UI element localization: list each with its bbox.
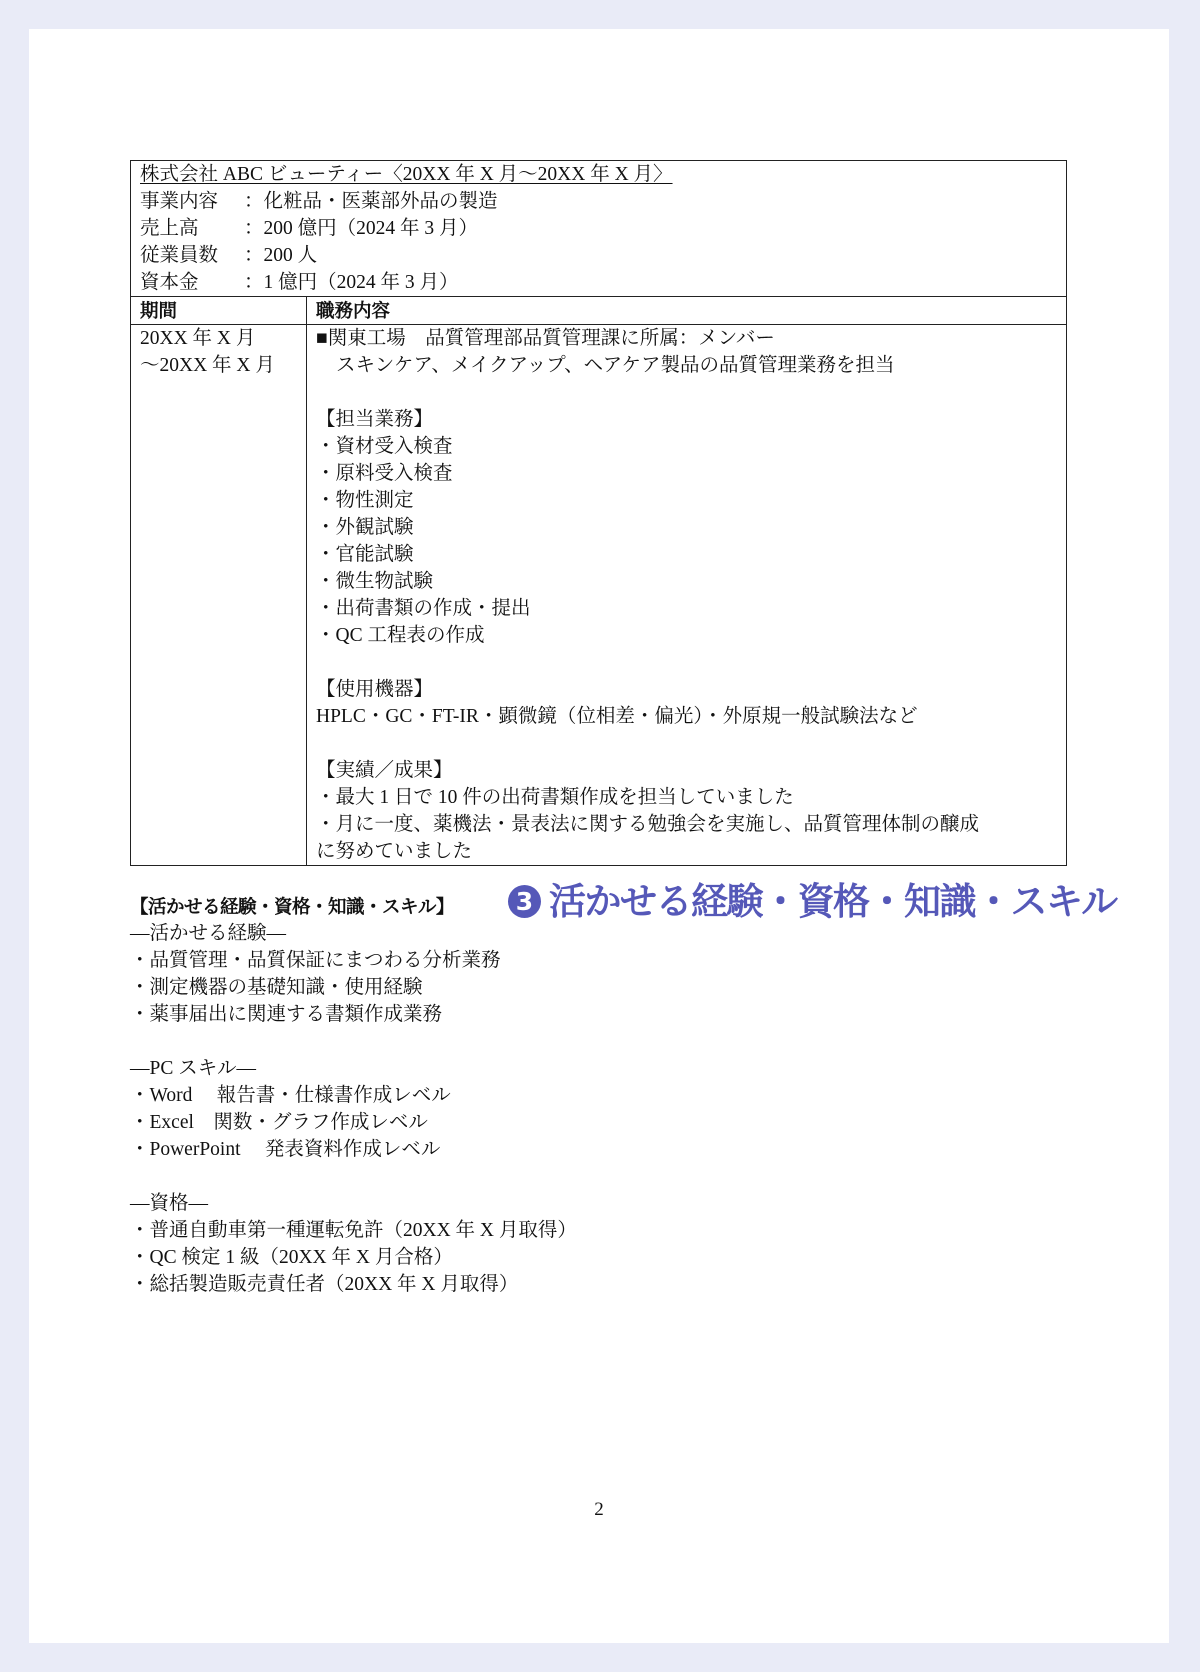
spacer: [316, 730, 1057, 757]
company-cell: 株式会社 ABC ビューティー〈20XX 年 X 月～20XX 年 X 月〉 事…: [131, 161, 1067, 297]
company-info-sales: 売上高 ：200 億円（2024 年 3 月）: [140, 215, 1057, 242]
company-info-capital: 資本金 ：1 億円（2024 年 3 月）: [140, 269, 1057, 296]
skills-title-row: 【活かせる経験・資格・知識・スキル】 3 活かせる経験・資格・知識・スキル: [130, 893, 1067, 920]
skills-section: 【活かせる経験・資格・知識・スキル】 3 活かせる経験・資格・知識・スキル —活…: [130, 893, 1067, 1298]
list-item: ・物性測定: [316, 487, 1057, 514]
period-cell: 20XX 年 X 月 ～20XX 年 X 月: [131, 325, 307, 866]
tasks-heading: 【担当業務】: [316, 406, 1057, 433]
list-item: ・Word 報告書・仕様書作成レベル: [130, 1082, 1067, 1109]
info-value: ：200 億円（2024 年 3 月）: [244, 215, 478, 242]
list-item: ・薬事届出に関連する書類作成業務: [130, 1001, 1067, 1028]
page-content: 株式会社 ABC ビューティー〈20XX 年 X 月～20XX 年 X 月〉 事…: [130, 160, 1067, 1298]
company-title: 株式会社 ABC ビューティー〈20XX 年 X 月～20XX 年 X 月〉: [140, 161, 1057, 188]
document-page: 株式会社 ABC ビューティー〈20XX 年 X 月～20XX 年 X 月〉 事…: [29, 29, 1169, 1643]
info-label: 売上高: [140, 215, 244, 242]
list-item: ・最大 1 日で 10 件の出荷書類作成を担当していました: [316, 784, 1057, 811]
spacer: [316, 379, 1057, 406]
list-item: ・原料受入検査: [316, 460, 1057, 487]
badge-text: 活かせる経験・資格・知識・スキル: [549, 888, 1117, 915]
list-item: ・品質管理・品質保証にまつわる分析業務: [130, 947, 1067, 974]
info-value: ：1 億円（2024 年 3 月）: [244, 269, 459, 296]
company-info-employees: 従業員数 ：200 人: [140, 242, 1057, 269]
list-item: ・出荷書類の作成・提出: [316, 595, 1057, 622]
table-header-row: 期間 職務内容: [131, 297, 1067, 325]
company-row: 株式会社 ABC ビューティー〈20XX 年 X 月～20XX 年 X 月〉 事…: [131, 161, 1067, 297]
company-info-business: 事業内容 ：化粧品・医薬部外品の製造: [140, 188, 1057, 215]
spacer: [316, 649, 1057, 676]
header-period: 期間: [131, 297, 307, 325]
table-row: 20XX 年 X 月 ～20XX 年 X 月 ■関東工場 品質管理部品質管理課に…: [131, 325, 1067, 866]
period-end: ～20XX 年 X 月: [140, 352, 297, 379]
page-number: 2: [29, 1499, 1169, 1521]
info-label: 事業内容: [140, 188, 244, 215]
list-item: ・Excel 関数・グラフ作成レベル: [130, 1109, 1067, 1136]
pc-heading: —PC スキル—: [130, 1055, 1067, 1082]
list-item: ・外観試験: [316, 514, 1057, 541]
qualifications-heading: —資格—: [130, 1190, 1067, 1217]
skills-heading: 【活かせる経験・資格・知識・スキル】: [130, 893, 454, 920]
list-item: ・PowerPoint 発表資料作成レベル: [130, 1136, 1067, 1163]
info-label: 従業員数: [140, 242, 244, 269]
info-value: ：200 人: [244, 242, 317, 269]
equipment-list: HPLC・GC・FT-IR・顕微鏡（位相差・偏光）・外原規一般試験法など: [316, 703, 1057, 730]
list-item: ・官能試験: [316, 541, 1057, 568]
header-duties: 職務内容: [307, 297, 1067, 325]
list-item: ・資材受入検査: [316, 433, 1057, 460]
list-item-continuation: に努めていました: [316, 838, 1057, 865]
circled-number-icon: 3: [508, 885, 541, 918]
section-annotation-badge: 3 活かせる経験・資格・知識・スキル: [508, 885, 1117, 918]
spacer: [130, 1028, 1067, 1055]
list-item: ・微生物試験: [316, 568, 1057, 595]
list-item: ・総括製造販売責任者（20XX 年 X 月取得）: [130, 1271, 1067, 1298]
equipment-heading: 【使用機器】: [316, 676, 1057, 703]
list-item: ・月に一度、薬機法・景表法に関する勉強会を実施し、品質管理体制の醸成: [316, 811, 1057, 838]
career-table: 株式会社 ABC ビューティー〈20XX 年 X 月～20XX 年 X 月〉 事…: [130, 160, 1067, 866]
duties-cell: ■関東工場 品質管理部品質管理課に所属：メンバー スキンケア、メイクアップ、ヘア…: [307, 325, 1067, 866]
spacer: [130, 1163, 1067, 1190]
results-heading: 【実績／成果】: [316, 757, 1057, 784]
list-item: ・QC 工程表の作成: [316, 622, 1057, 649]
assignment-detail: スキンケア、メイクアップ、ヘアケア製品の品質管理業務を担当: [316, 352, 1057, 379]
experience-heading: —活かせる経験—: [130, 920, 1067, 947]
info-label: 資本金: [140, 269, 244, 296]
list-item: ・QC 検定 1 級（20XX 年 X 月合格）: [130, 1244, 1067, 1271]
info-value: ：化粧品・医薬部外品の製造: [244, 188, 498, 215]
list-item: ・測定機器の基礎知識・使用経験: [130, 974, 1067, 1001]
assignment: ■関東工場 品質管理部品質管理課に所属：メンバー: [316, 325, 1057, 352]
period-start: 20XX 年 X 月: [140, 325, 297, 352]
list-item: ・普通自動車第一種運転免許（20XX 年 X 月取得）: [130, 1217, 1067, 1244]
